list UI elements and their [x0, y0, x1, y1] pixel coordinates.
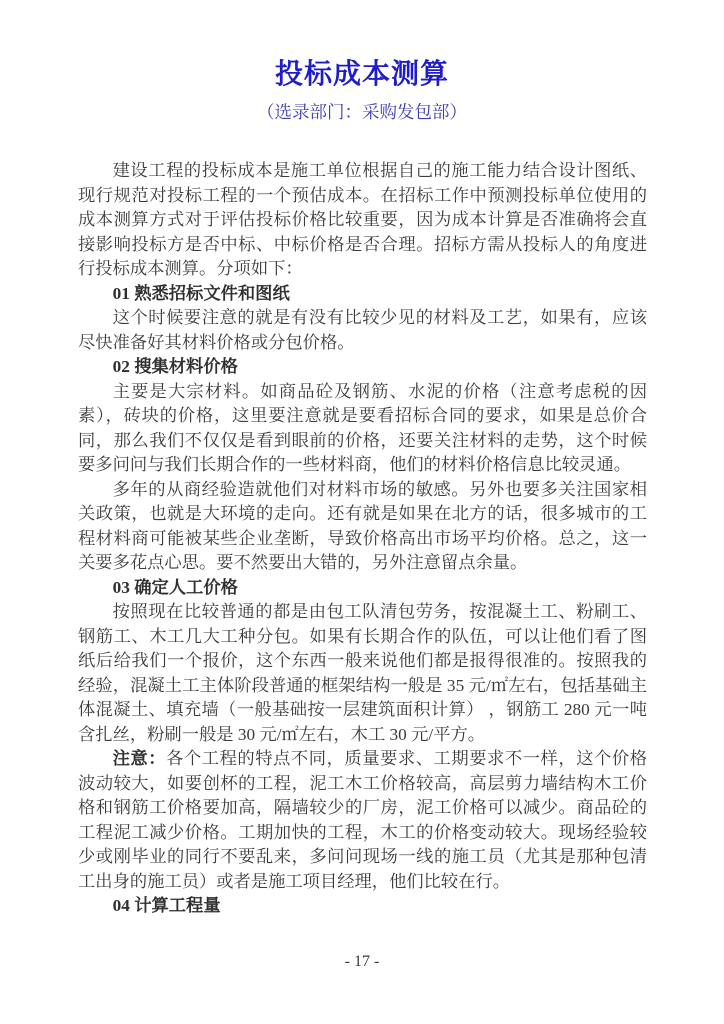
page-number: - 17 - — [0, 953, 724, 971]
note-text: 各个工程的特点不同，质量要求、工期要求不一样，这个价格波动较大，如要创杯的工程，… — [78, 749, 647, 891]
section-heading-04: 04 计算工程量 — [78, 894, 647, 919]
paragraph-intro: 建设工程的投标成本是施工单位根据自己的施工能力结合设计图纸、现行规范对投标工程的… — [78, 159, 647, 282]
paragraph-section-03: 按照现在比较普通的都是由包工队清包劳务，按混凝土工、粉刷工、钢筋工、木工几大工种… — [78, 600, 647, 747]
section-heading-01: 01 熟悉招标文件和图纸 — [78, 282, 647, 307]
section-heading-03: 03 确定人工价格 — [78, 576, 647, 601]
document-page: 投标成本测算 （选录部门：采购发包部） 建设工程的投标成本是施工单位根据自己的施… — [0, 0, 724, 1024]
paragraph-section-02-a: 主要是大宗材料。如商品砼及钢筋、水泥的价格（注意考虑税的因素），砖块的价格，这里… — [78, 380, 647, 478]
paragraph-section-01: 这个时候要注意的就是有没有比较少见的材料及工艺，如果有，应该尽快准备好其材料价格… — [78, 306, 647, 355]
section-heading-02: 02 搜集材料价格 — [78, 355, 647, 380]
paragraph-note: 注意：各个工程的特点不同，质量要求、工期要求不一样，这个价格波动较大，如要创杯的… — [78, 747, 647, 894]
page-subtitle: （选录部门：采购发包部） — [0, 102, 724, 122]
page-title: 投标成本测算 — [0, 0, 724, 91]
document-body: 建设工程的投标成本是施工单位根据自己的施工能力结合设计图纸、现行规范对投标工程的… — [78, 159, 647, 919]
paragraph-section-02-b: 多年的从商经验造就他们对材料市场的敏感。另外也要多关注国家相关政策，也就是大环境… — [78, 478, 647, 576]
note-label: 注意： — [113, 749, 167, 768]
